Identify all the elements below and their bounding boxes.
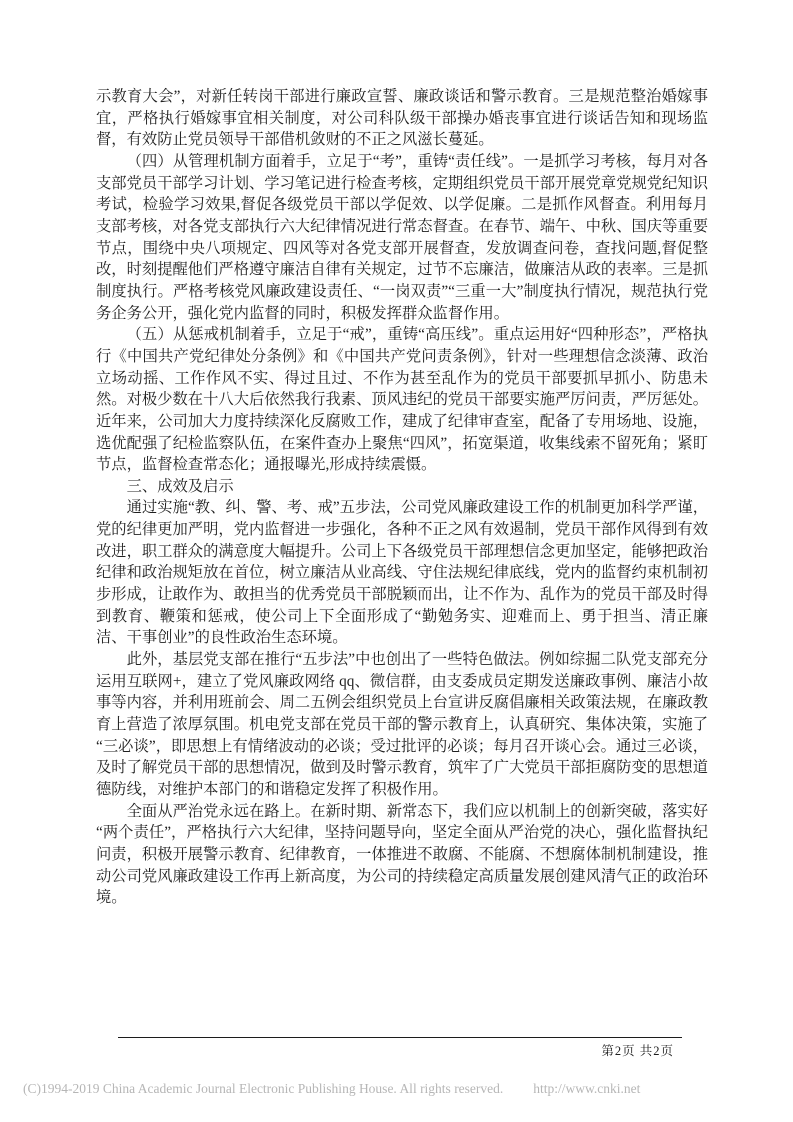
copyright-watermark: (C)1994-2019 China Academic Journal Elec… [23,1081,640,1097]
page-number: 第2页 共2页 [118,1041,674,1059]
document-page: 示教育大会”，对新任转岗干部进行廉政宣誓、廉政谈话和警示教育。三是规范整治婚嫁事… [0,0,793,1122]
paragraph: 全面从严治党永远在路上。在新时期、新常态下，我们应以机制上的创新突破，落实好“两… [96,801,708,909]
paragraph: 通过实施“教、纠、警、考、戒”五步法，公司党风廉政建设工作的机制更加科学严谨，党… [96,497,708,649]
footer-divider [118,1037,682,1038]
cnki-url: http://www.cnki.net [533,1081,640,1096]
paragraph: 此外，基层党支部在推行“五步法”中也创出了一些特色做法。例如综掘二队党支部充分运… [96,649,708,801]
section-heading: 三、成效及启示 [96,476,708,498]
paragraph: 示教育大会”，对新任转岗干部进行廉政宣誓、廉政谈话和警示教育。三是规范整治婚嫁事… [96,86,708,151]
document-body: 示教育大会”，对新任转岗干部进行廉政宣誓、廉政谈话和警示教育。三是规范整治婚嫁事… [96,86,708,909]
paragraph: （五）从惩戒机制着手，立足于“戒”，重铸“高压线”。重点运用好“四种形态”，严格… [96,324,708,476]
copyright-text: (C)1994-2019 China Academic Journal Elec… [23,1081,503,1096]
paragraph: （四）从管理机制方面着手，立足于“考”，重铸“责任线”。一是抓学习考核，每月对各… [96,151,708,324]
